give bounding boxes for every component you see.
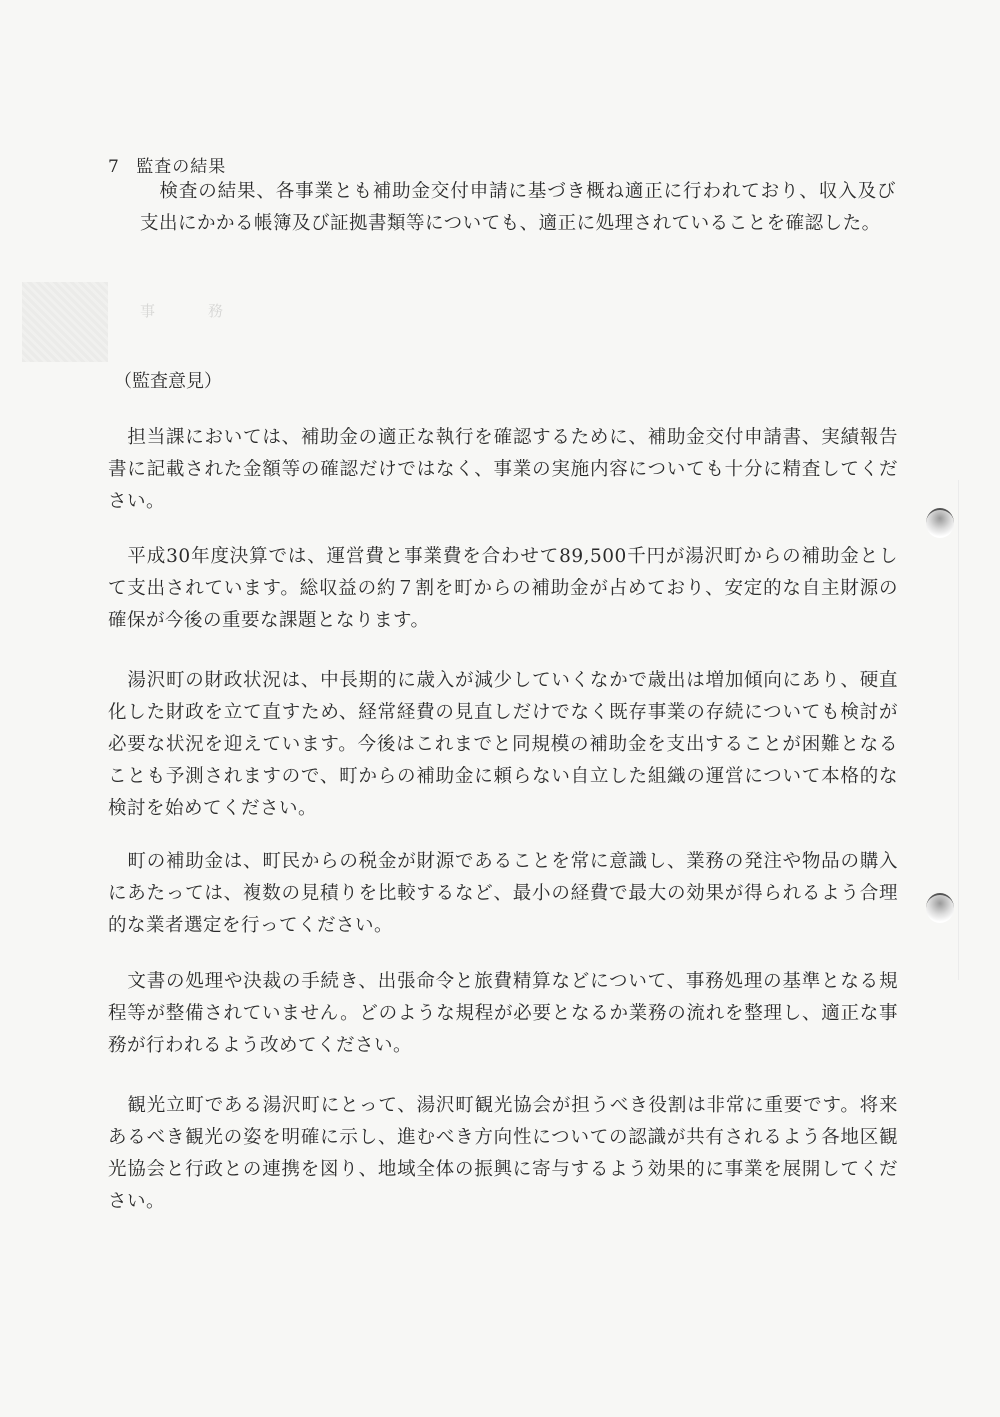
opinion-paragraph-4: 町の補助金は、町民からの税金が財源であることを常に意識し、業務の発注や物品の購入… xyxy=(108,846,898,942)
opinion-paragraph-6: 観光立町である湯沢町にとって、湯沢町観光協会が担うべき役割は非常に重要です。将来… xyxy=(108,1090,898,1218)
result-paragraph: 検査の結果、各事業とも補助金交付申請に基づき概ね適正に行われており、収入及び支出… xyxy=(140,176,896,240)
paragraph-text: 湯沢町の財政状況は、中長期的に歳入が減少していくなかで歳出は増加傾向にあり、硬直… xyxy=(108,665,898,825)
paragraph-text: 平成30年度決算では、運営費と事業費を合わせて89,500千円が湯沢町からの補助… xyxy=(108,541,898,637)
section-number: 7 xyxy=(108,157,120,177)
paragraph-text: 町の補助金は、町民からの税金が財源であることを常に意識し、業務の発注や物品の購入… xyxy=(108,846,898,942)
bleed-through-text xyxy=(140,333,463,354)
section-title: 監査の結果 xyxy=(136,157,226,177)
page-edge-line xyxy=(958,480,959,980)
section-heading: 7 監査の結果 xyxy=(108,152,226,177)
opinion-paragraph-2: 平成30年度決算では、運営費と事業費を合わせて89,500千円が湯沢町からの補助… xyxy=(108,541,898,637)
opinion-paragraph-5: 文書の処理や決裁の手続き、出張命令と旅費精算などについて、事務処理の基準となる規… xyxy=(108,966,898,1062)
opinion-paragraph-1: 担当課においては、補助金の適正な執行を確認するために、補助金交付申請書、実績報告… xyxy=(108,422,898,518)
audit-result: 検査の結果、各事業とも補助金交付申請に基づき概ね適正に行われており、収入及び支出… xyxy=(140,176,896,240)
punch-hole xyxy=(926,508,954,538)
paragraph-text: 観光立町である湯沢町にとって、湯沢町観光協会が担うべき役割は非常に重要です。将来… xyxy=(108,1090,898,1218)
paragraph-text: 文書の処理や決裁の手続き、出張命令と旅費精算などについて、事務処理の基準となる規… xyxy=(108,966,898,1062)
bleed-through-text: 事 務 xyxy=(140,300,463,321)
paragraph-text: 担当課においては、補助金の適正な執行を確認するために、補助金交付申請書、実績報告… xyxy=(108,422,898,518)
bleed-through-stamp xyxy=(22,282,108,362)
punch-hole xyxy=(926,893,954,923)
scanned-page: 事 務 7 監査の結果 検査の結果、各事業とも補助金交付申請に基づき概ね適正に行… xyxy=(0,0,1000,1417)
opinion-paragraph-3: 湯沢町の財政状況は、中長期的に歳入が減少していくなかで歳出は増加傾向にあり、硬直… xyxy=(108,665,898,825)
opinion-title: （監査意見） xyxy=(114,367,222,393)
